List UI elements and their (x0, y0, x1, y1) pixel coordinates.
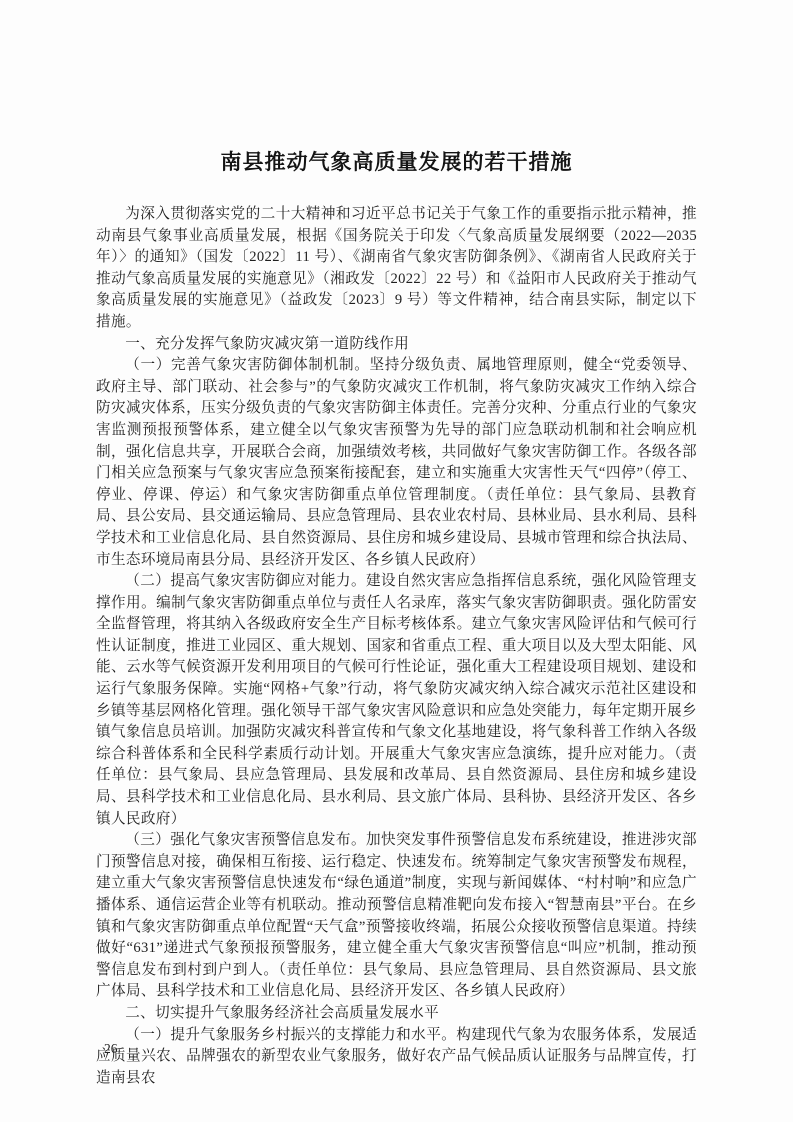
page-number: 26 (104, 1041, 118, 1057)
section-1-paragraph-3: （三）强化气象灾害预警信息发布。加快突发事件预警信息发布系统建设，推进涉灾部门预… (96, 830, 697, 1003)
section-1-paragraph-1: （一）完善气象灾害防御体制机制。坚持分级负责、属地管理原则，健全“党委领导、政府… (96, 355, 697, 571)
section-2-heading: 二、切实提升气象服务经济社会高质量发展水平 (96, 1003, 697, 1025)
section-1-heading: 一、充分发挥气象防灾减灾第一道防线作用 (96, 334, 697, 356)
section-2-paragraph-1: （一）提升气象服务乡村振兴的支撑能力和水平。构建现代气象为农服务体系，发展适应质… (96, 1025, 697, 1090)
document-page: 南县推动气象高质量发展的若干措施 为深入贯彻落实党的二十大精神和习近平总书记关于… (0, 0, 793, 1122)
intro-paragraph: 为深入贯彻落实党的二十大精神和习近平总书记关于气象工作的重要指示批示精神，推动南… (96, 204, 697, 334)
document-title: 南县推动气象高质量发展的若干措施 (0, 0, 793, 176)
document-body: 为深入贯彻落实党的二十大精神和习近平总书记关于气象工作的重要指示批示精神，推动南… (96, 204, 697, 1089)
section-1-paragraph-2: （二）提高气象灾害防御应对能力。建设自然灾害应急指挥信息系统，强化风险管理支撑作… (96, 571, 697, 830)
